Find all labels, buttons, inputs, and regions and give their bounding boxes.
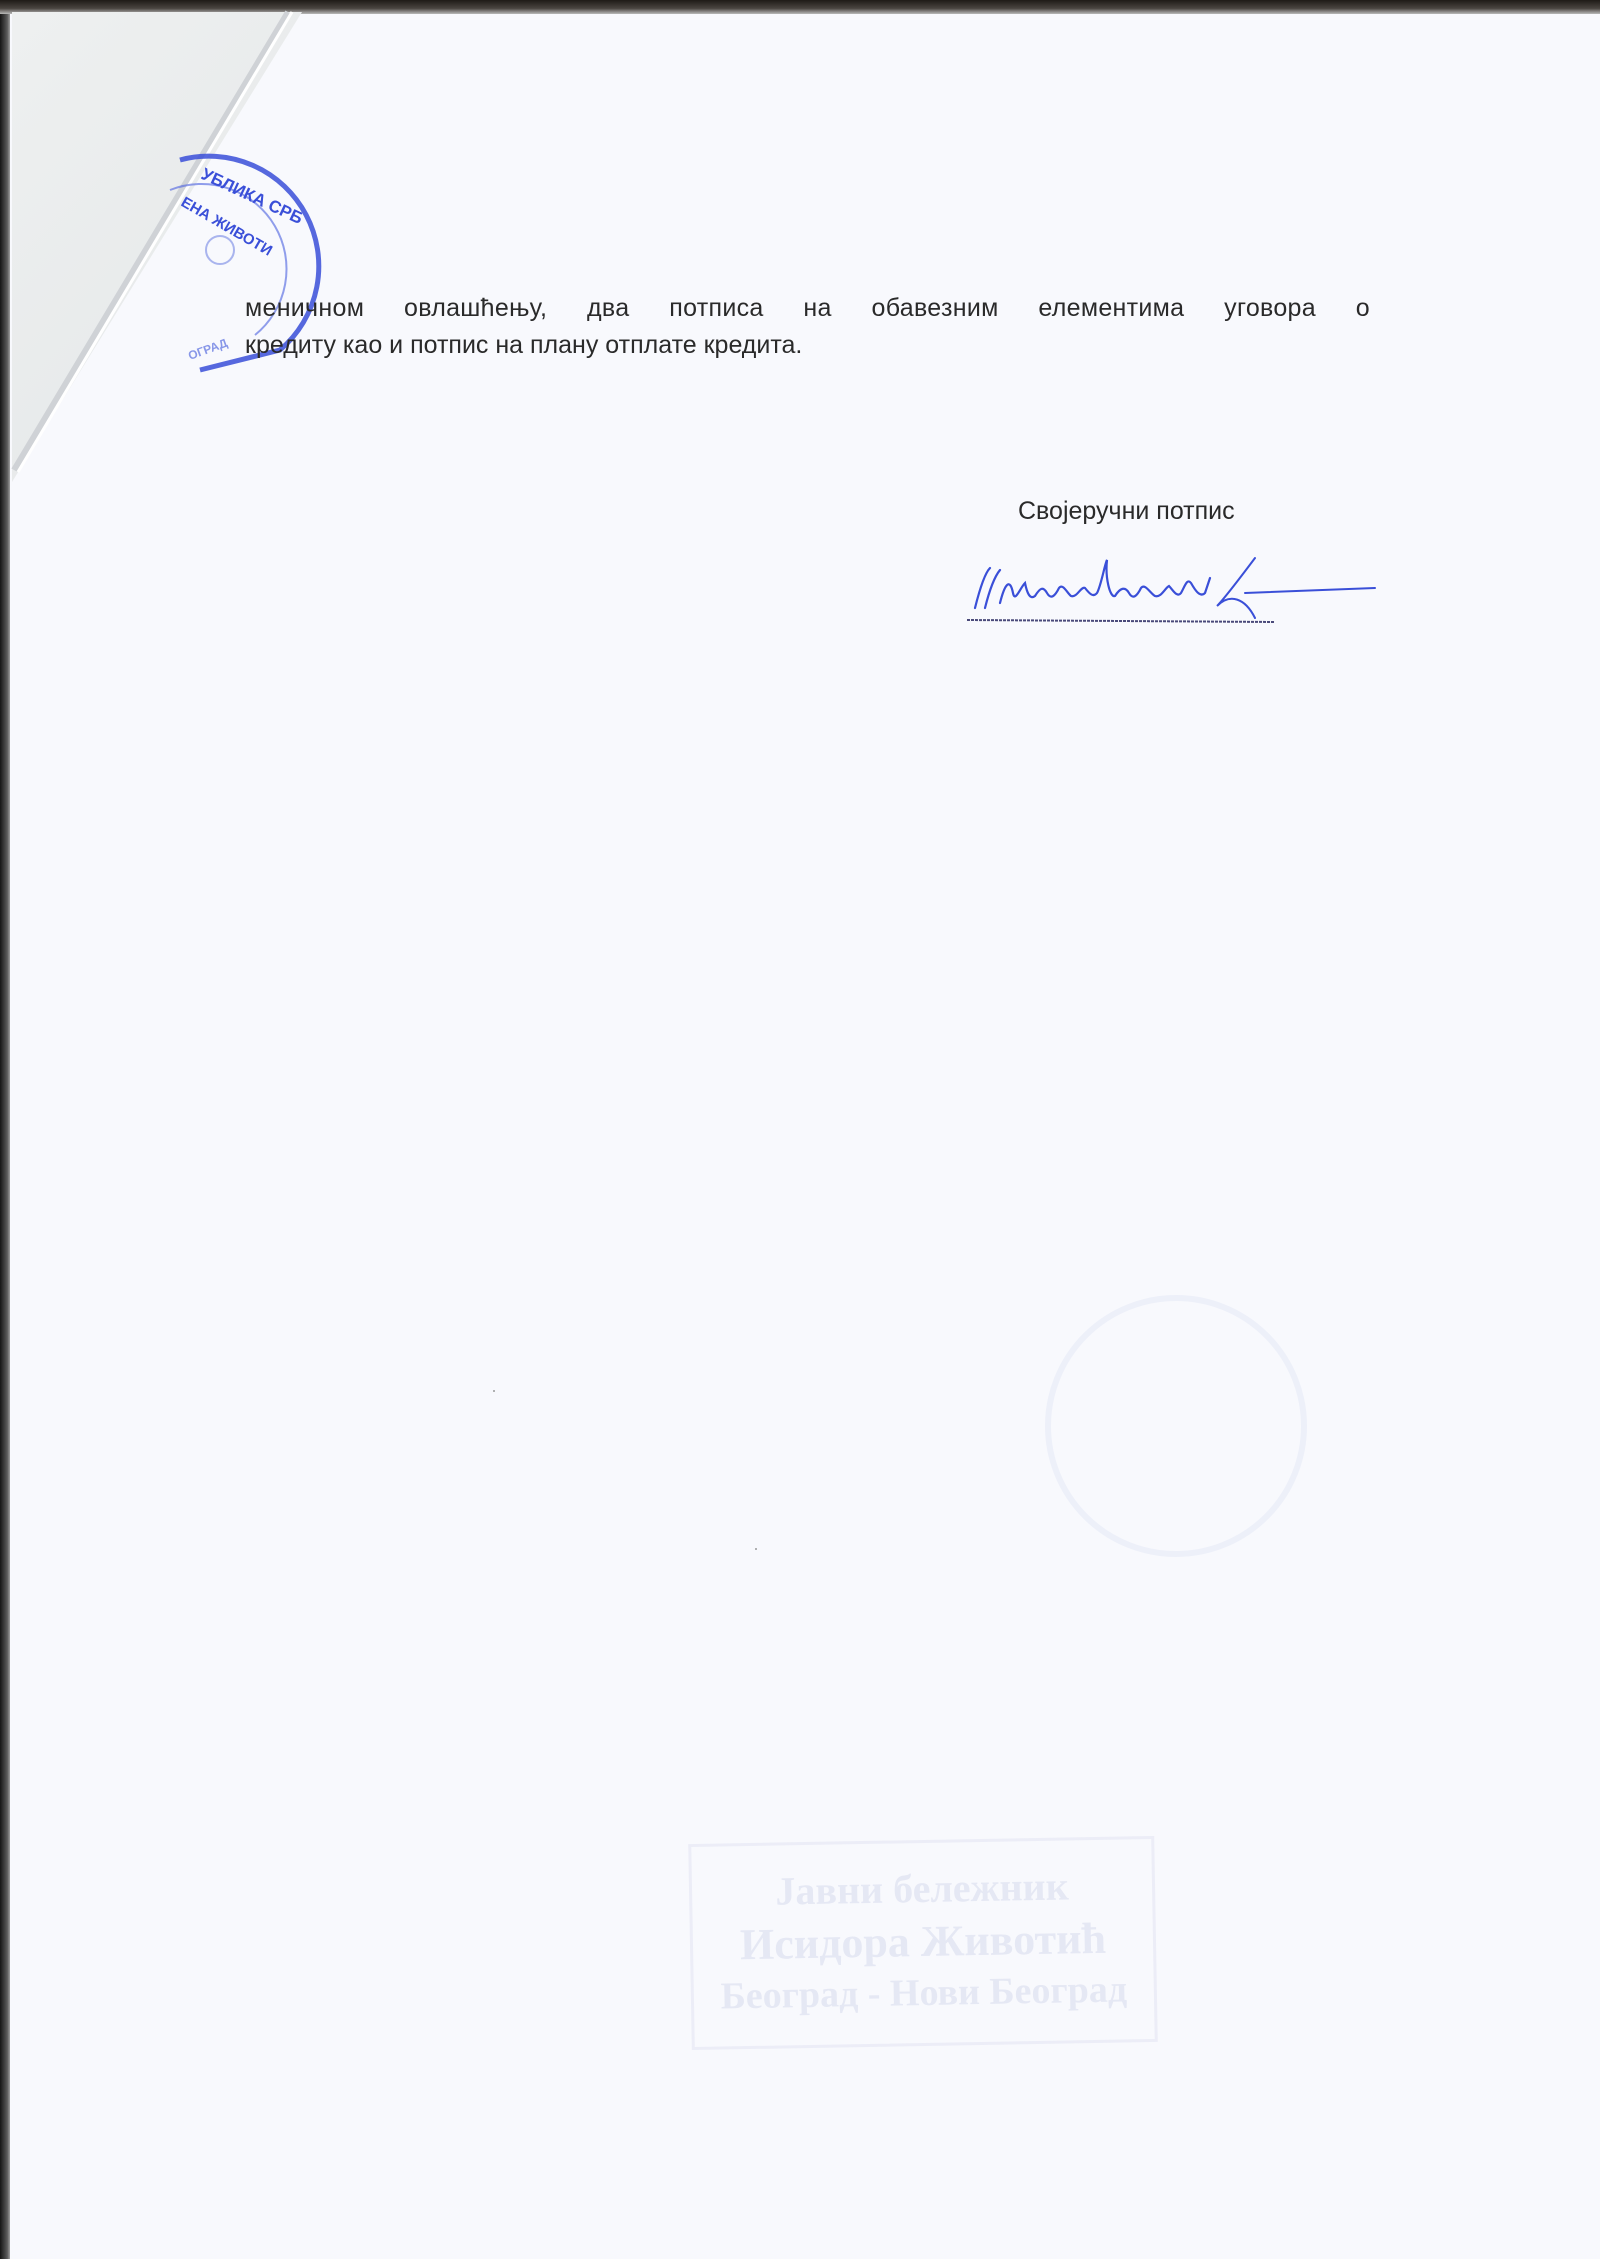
- signature-label: Својеручни потпис: [1018, 497, 1235, 526]
- paragraph-line-1: меничном овлашћењу, два потписа на обаве…: [245, 290, 1370, 327]
- scanner-edge-top: [0, 0, 1600, 14]
- bleed-through-stamp: Јавни бележник Исидора Животић Београд -…: [688, 1836, 1158, 2050]
- handwritten-signature: [955, 548, 1415, 628]
- paragraph-line-2: кредиту као и потпис на плану отплате кр…: [245, 327, 1370, 364]
- bleed-through-seal: [1045, 1295, 1307, 1557]
- scan-speck: [755, 1548, 757, 1550]
- paragraph-text: меничном овлашћењу, два потписа на обаве…: [245, 290, 1370, 364]
- scan-speck: [493, 1390, 495, 1392]
